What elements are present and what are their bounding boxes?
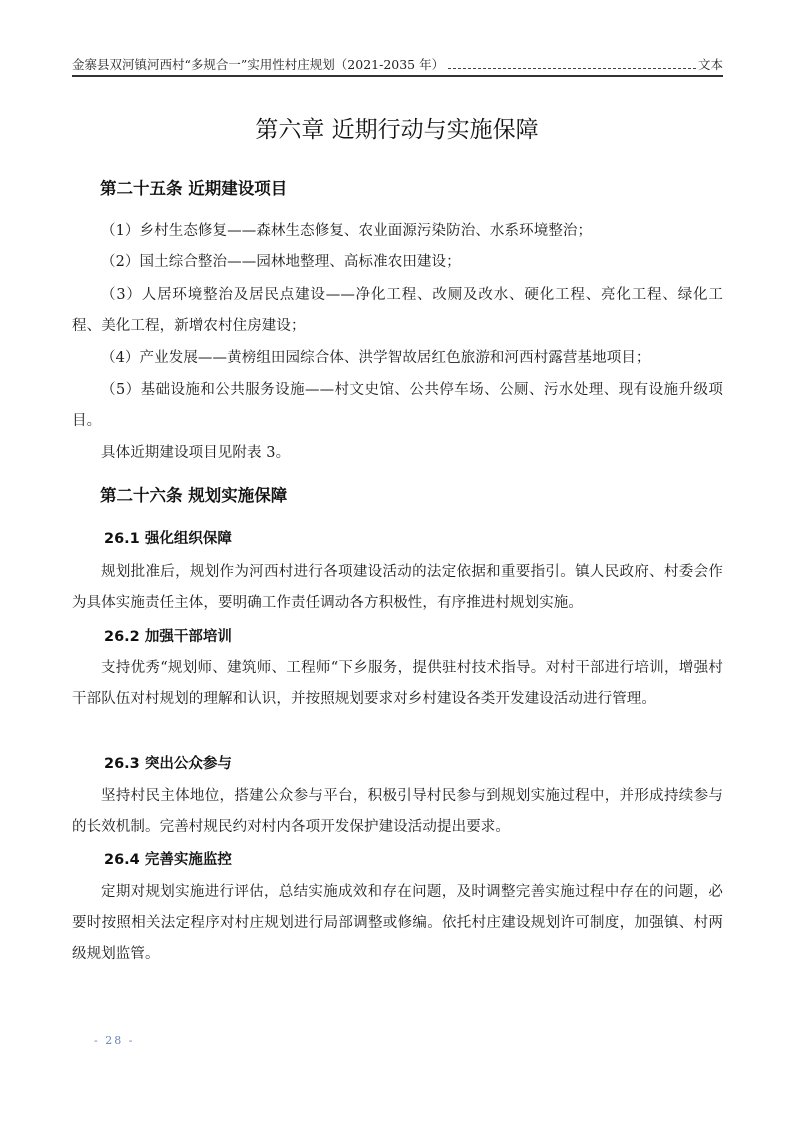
section-26-2-heading: 26.2 加强干部培训 <box>104 625 232 649</box>
section-26-2-text: 支持优秀“规划师、建筑师、工程师“下乡服务，提供驻村技术指导。对村干部进行培训，… <box>72 653 723 715</box>
article-25-item-2: （2）国土综合整治——园林地整理、高标准农田建设； <box>72 247 723 278</box>
article-25-note: 具体近期建设项目见附表 3。 <box>72 438 723 469</box>
section-26-1-heading: 26.1 强化组织保障 <box>104 527 232 551</box>
page-number: - 28 - <box>94 1034 134 1047</box>
running-header: 金寨县双河镇河西村“多规合一”实用性村庄规划（2021-2035 年） 文本 <box>72 54 723 77</box>
article-25-item-3: （3）人居环境整治及居民点建设——净化工程、改厕及改水、硬化工程、亮化工程、绿化… <box>72 280 723 342</box>
section-26-4-text: 定期对规划实施进行评估，总结实施成效和存在问题，及时调整完善实施过程中存在的问题… <box>72 877 723 970</box>
header-dash-leader <box>448 68 696 69</box>
section-26-1-text: 规划批准后，规划作为河西村进行各项建设活动的法定依据和重要指引。镇人民政府、村委… <box>72 557 723 619</box>
article-25-item-5: （5）基础设施和公共服务设施——村文史馆、公共停车场、公厕、污水处理、现有设施升… <box>72 375 723 437</box>
section-26-4-heading: 26.4 完善实施监控 <box>104 848 232 872</box>
article-25-item-1: （1）乡村生态修复——森林生态修复、农业面源污染防治、水系环境整治； <box>72 216 723 247</box>
article-25-title: 第二十五条 近期建设项目 <box>100 175 287 203</box>
article-26-title: 第二十六条 规划实施保障 <box>100 482 287 510</box>
section-26-3-text: 坚持村民主体地位，搭建公众参与平台，积极引导村民参与到规划实施过程中，并形成持续… <box>72 781 723 843</box>
header-section-label: 文本 <box>698 55 723 75</box>
section-26-3-heading: 26.3 突出公众参与 <box>104 752 232 776</box>
article-25-item-4: （4）产业发展——黄榜组田园综合体、洪学智故居红色旅游和河西村露营基地项目； <box>72 343 723 374</box>
chapter-title: 第六章 近期行动与实施保障 <box>0 112 794 148</box>
header-document-title: 金寨县双河镇河西村“多规合一”实用性村庄规划（2021-2035 年） <box>72 55 444 75</box>
